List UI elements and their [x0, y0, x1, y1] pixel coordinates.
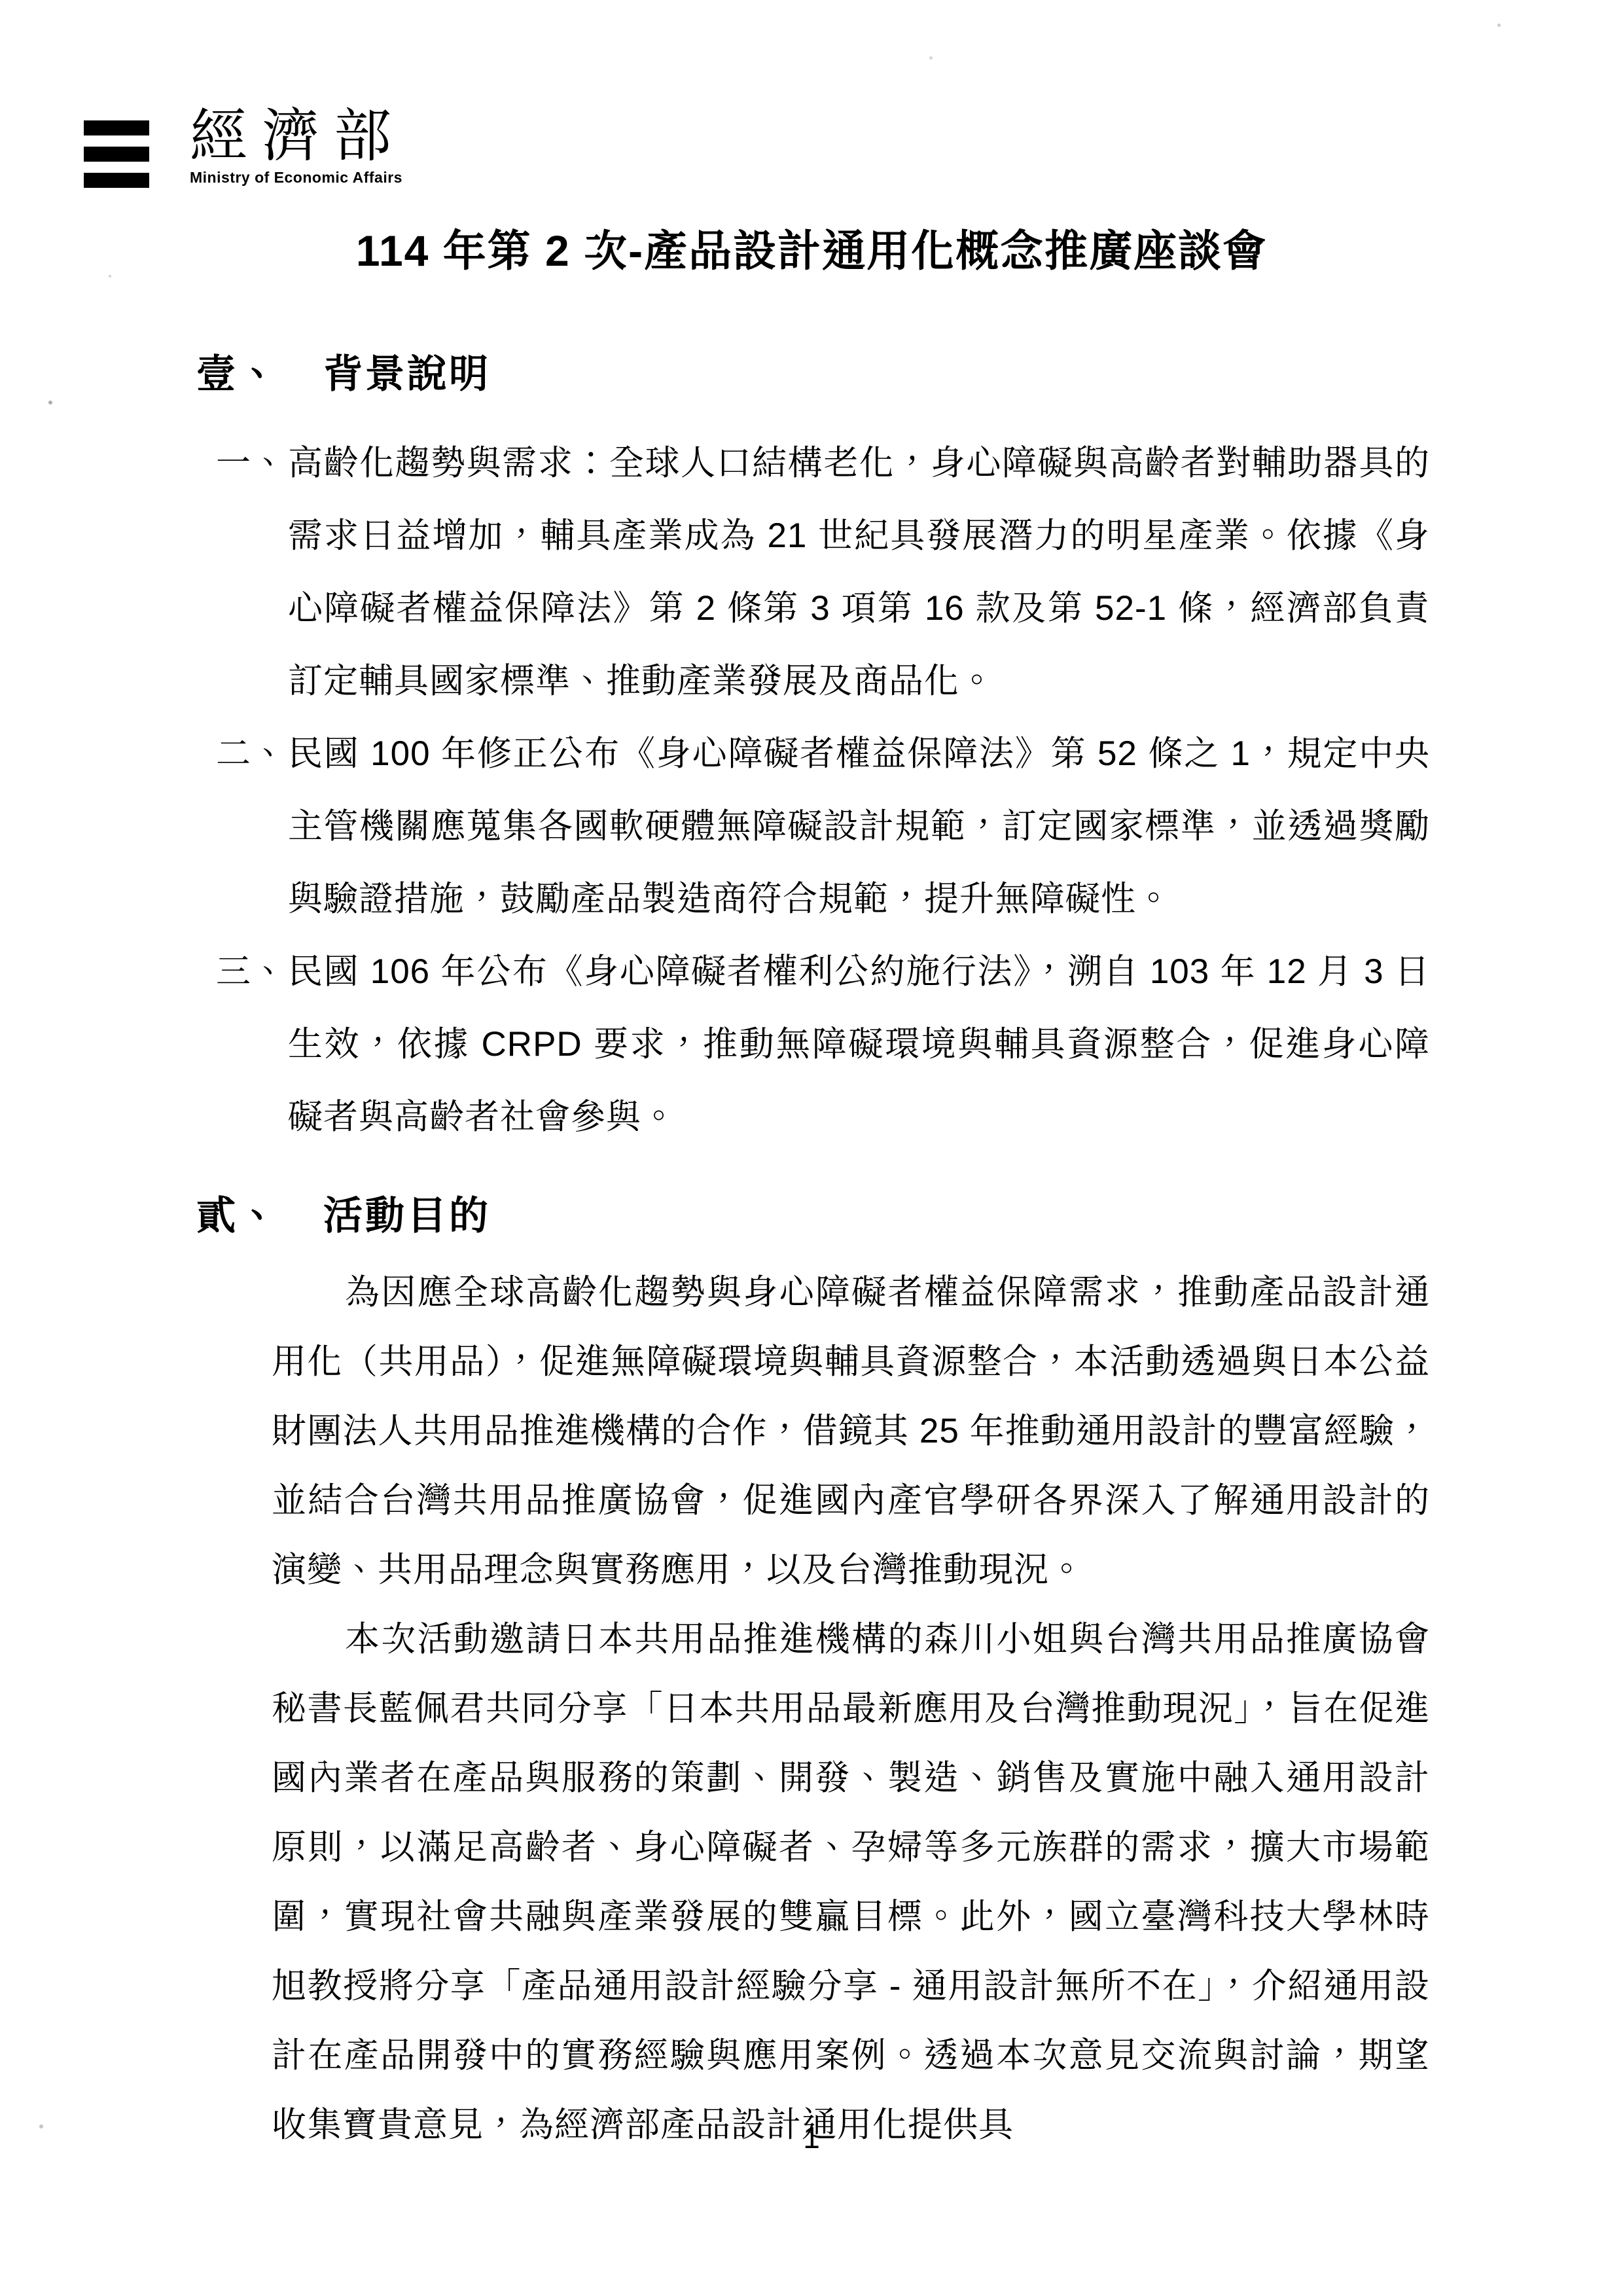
- section-heading-text: 活動目的: [323, 1194, 491, 1238]
- org-name-zh: 經濟部: [190, 106, 406, 166]
- logo-bar: [84, 147, 149, 162]
- body-paragraph: 本次活動邀請日本共用品推進機構的森川小姐與台灣共用品推廣協會秘書長藍佩君共同分享…: [272, 1605, 1430, 2160]
- section-heading-purpose: 貳、活動目的: [196, 1187, 1430, 1245]
- scan-speck: [929, 56, 933, 60]
- list-item-marker: 三、: [216, 935, 287, 1008]
- moea-three-bars-icon: [84, 120, 149, 188]
- list-item-text: 高齡化趨勢與需求：全球人口結構老化，身心障礙與高齡者對輔助器具的需求日益增加，輔…: [288, 444, 1430, 700]
- moea-logo-block: 經濟部 Ministry of Economic Affairs: [84, 106, 1623, 204]
- section-background: 壹、背景說明 一、高齡化趨勢與需求：全球人口結構老化，身心障礙與高齡者對輔助器具…: [196, 346, 1430, 1153]
- scan-speck: [48, 401, 52, 404]
- list-item: 三、民國 106 年公布《身心障礙者權利公約施行法》，溯自 103 年 12 月…: [216, 935, 1430, 1153]
- list-item: 一、高齡化趨勢與需求：全球人口結構老化，身心障礙與高齡者對輔助器具的需求日益增加…: [216, 427, 1430, 717]
- document-page: 經濟部 Ministry of Economic Affairs 114 年第 …: [0, 0, 1623, 2296]
- numbered-list: 一、高齡化趨勢與需求：全球人口結構老化，身心障礙與高齡者對輔助器具的需求日益增加…: [216, 427, 1430, 1153]
- list-item-text: 民國 100 年修正公布《身心障礙者權益保障法》第 52 條之 1，規定中央主管…: [288, 734, 1430, 918]
- list-item-marker: 一、: [216, 427, 287, 499]
- document-title: 114 年第 2 次-產品設計通用化概念推廣座談會: [98, 223, 1525, 279]
- section-heading-text: 背景說明: [323, 352, 491, 396]
- scan-speck: [1497, 24, 1501, 27]
- logo-text: 經濟部 Ministry of Economic Affairs: [190, 106, 406, 187]
- body-paragraph: 為因應全球高齡化趨勢與身心障礙者權益保障需求，推動產品設計通用化（共用品），促進…: [272, 1258, 1430, 1605]
- list-item: 二、民國 100 年修正公布《身心障礙者權益保障法》第 52 條之 1，規定中央…: [216, 717, 1430, 935]
- purpose-paragraphs: 為因應全球高齡化趨勢與身心障礙者權益保障需求，推動產品設計通用化（共用品），促進…: [196, 1258, 1430, 2160]
- document-body: 壹、背景說明 一、高齡化趨勢與需求：全球人口結構老化，身心障礙與高齡者對輔助器具…: [196, 346, 1430, 2160]
- org-name-en: Ministry of Economic Affairs: [190, 169, 406, 187]
- logo-bar: [84, 173, 149, 188]
- section-heading-background: 壹、背景說明: [196, 346, 1430, 403]
- list-item-marker: 二、: [216, 717, 287, 790]
- page-number: 1: [0, 2118, 1623, 2157]
- logo-bar: [84, 120, 149, 135]
- list-item-text: 民國 106 年公布《身心障礙者權利公約施行法》，溯自 103 年 12 月 3…: [288, 952, 1430, 1136]
- section-marker: 貳、: [196, 1194, 280, 1238]
- section-marker: 壹、: [196, 352, 280, 396]
- scan-speck: [109, 275, 111, 278]
- section-purpose: 貳、活動目的 為因應全球高齡化趨勢與身心障礙者權益保障需求，推動產品設計通用化（…: [196, 1187, 1430, 2160]
